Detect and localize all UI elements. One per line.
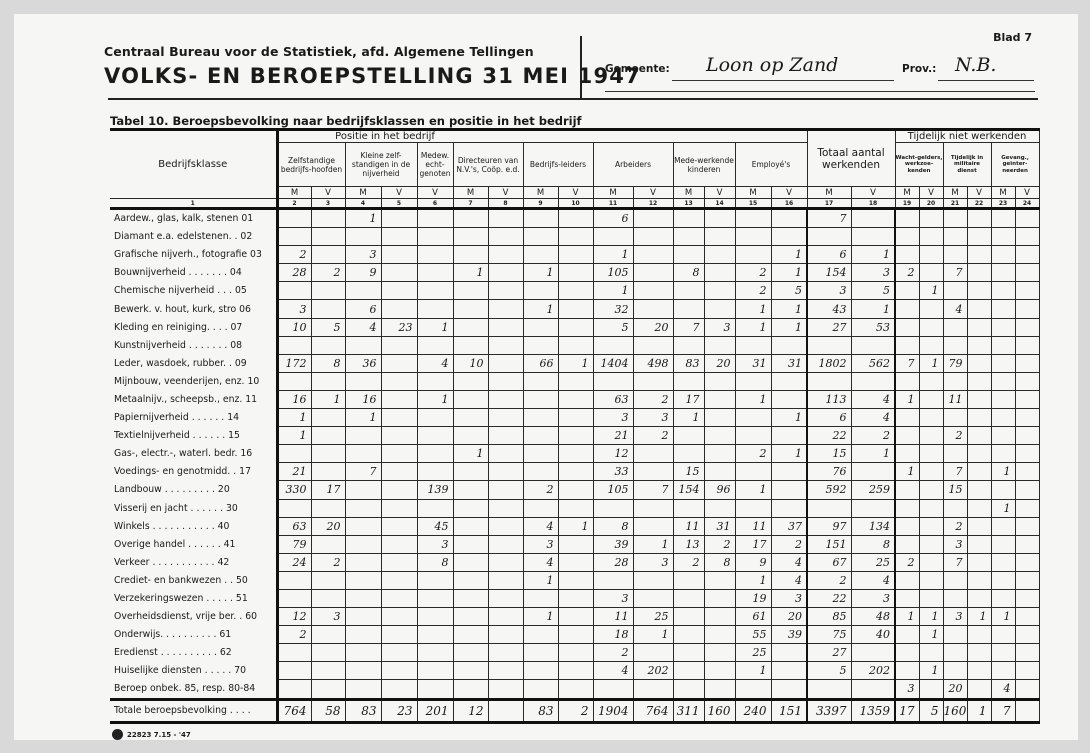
- table-cell: [311, 571, 345, 589]
- table-cell: [488, 644, 523, 662]
- table-cell: [991, 445, 1015, 463]
- table-cell: [919, 409, 943, 427]
- table-cell: [673, 300, 704, 318]
- table-cell: [311, 463, 345, 481]
- table-cell: 33: [593, 463, 633, 481]
- table-cell: [919, 517, 943, 535]
- table-cell: [311, 209, 345, 228]
- table-cell: [851, 499, 895, 517]
- industry-class-label: Overheidsdienst, vrije ber. . 60: [110, 608, 277, 626]
- table-cell: 5: [593, 318, 633, 336]
- table-cell: [967, 264, 991, 282]
- total-cell: [488, 699, 523, 722]
- table-cell: 15: [673, 463, 704, 481]
- table-cell: 4: [593, 662, 633, 680]
- total-cell: 2: [558, 699, 593, 722]
- table-cell: [453, 228, 488, 246]
- table-cell: [417, 427, 453, 445]
- table-cell: 67: [807, 553, 851, 571]
- table-cell: [417, 445, 453, 463]
- table-cell: [633, 372, 673, 390]
- table-cell: 2: [311, 264, 345, 282]
- table-cell: [704, 409, 735, 427]
- table-cell: 1: [919, 282, 943, 300]
- table-cell: [895, 662, 919, 680]
- table-cell: [453, 571, 488, 589]
- table-cell: 3: [417, 535, 453, 553]
- industry-class-label: Verkeer . . . . . . . . . . . 42: [110, 553, 277, 571]
- table-cell: 55: [735, 626, 771, 644]
- table-cell: [381, 354, 417, 372]
- table-cell: 2: [593, 644, 633, 662]
- table-cell: 1: [311, 390, 345, 408]
- table-cell: [523, 499, 558, 517]
- table-cell: 3: [633, 409, 673, 427]
- table-cell: [771, 662, 807, 680]
- table-cell: [633, 282, 673, 300]
- table-cell: [417, 463, 453, 481]
- table-cell: [1015, 209, 1039, 228]
- table-cell: [311, 409, 345, 427]
- table-cell: 27: [807, 318, 851, 336]
- table-cell: [311, 535, 345, 553]
- table-cell: [523, 662, 558, 680]
- position-group-header: Positie in het bedrijf: [277, 130, 807, 143]
- table-cell: [919, 300, 943, 318]
- table-cell: 61: [735, 608, 771, 626]
- table-cell: [991, 481, 1015, 499]
- table-cell: 7: [943, 264, 967, 282]
- table-cell: [593, 499, 633, 517]
- table-cell: [488, 228, 523, 246]
- table-cell: [1015, 644, 1039, 662]
- table-row: Textielnijverheid . . . . . . 1512122222: [110, 427, 1039, 445]
- table-row: Overige handel . . . . . . 4179333911321…: [110, 535, 1039, 553]
- group-header-zelfstandige: Zelfstandige bedrijfs-hoofden: [277, 143, 345, 187]
- total-row-label: Totale beroepsbevolking . . . .: [110, 699, 277, 722]
- table-cell: 1: [895, 608, 919, 626]
- table-cell: 40: [851, 626, 895, 644]
- table-cell: [558, 336, 593, 354]
- sex-header: V: [704, 187, 735, 199]
- table-cell: [453, 427, 488, 445]
- table-cell: [851, 209, 895, 228]
- table-cell: 1: [851, 445, 895, 463]
- table-cell: 1: [417, 390, 453, 408]
- table-cell: [704, 499, 735, 517]
- table-cell: [1015, 354, 1039, 372]
- total-cell: 240: [735, 699, 771, 722]
- sex-header: V: [417, 187, 453, 199]
- table-cell: 6: [807, 409, 851, 427]
- table-cell: 1: [633, 535, 673, 553]
- table-cell: [967, 209, 991, 228]
- table-cell: [919, 427, 943, 445]
- table-cell: 63: [277, 517, 311, 535]
- table-cell: [735, 246, 771, 264]
- column-number: 6: [417, 199, 453, 209]
- table-cell: [991, 372, 1015, 390]
- table-cell: [381, 427, 417, 445]
- table-cell: [417, 246, 453, 264]
- table-cell: [381, 553, 417, 571]
- sex-header: V: [558, 187, 593, 199]
- table-cell: [523, 209, 558, 228]
- table-cell: [943, 644, 967, 662]
- table-cell: [417, 300, 453, 318]
- table-cell: [771, 680, 807, 699]
- table-cell: [453, 589, 488, 607]
- table-cell: [488, 246, 523, 264]
- table-cell: [1015, 282, 1039, 300]
- table-cell: [704, 246, 735, 264]
- table-row: Winkels . . . . . . . . . . . 4063204541…: [110, 517, 1039, 535]
- table-cell: [735, 427, 771, 445]
- sex-header: V: [1015, 187, 1039, 199]
- table-cell: 3: [851, 264, 895, 282]
- group-header-medewerkende-kinderen: Mede-werkende kinderen: [673, 143, 735, 187]
- table-cell: [488, 427, 523, 445]
- table-cell: 7: [807, 209, 851, 228]
- table-cell: [633, 228, 673, 246]
- table-cell: [991, 282, 1015, 300]
- table-row: Bouwnijverheid . . . . . . . 04282911105…: [110, 264, 1039, 282]
- table-cell: [633, 445, 673, 463]
- table-cell: [967, 282, 991, 300]
- sex-header: V: [919, 187, 943, 199]
- table-cell: 1: [735, 481, 771, 499]
- table-cell: 25: [735, 644, 771, 662]
- table-cell: [488, 445, 523, 463]
- table-cell: [381, 264, 417, 282]
- table-cell: 48: [851, 608, 895, 626]
- table-cell: [488, 626, 523, 644]
- table-cell: [345, 517, 381, 535]
- table-cell: [311, 282, 345, 300]
- table-cell: [277, 228, 311, 246]
- column-number: 3: [311, 199, 345, 209]
- table-cell: [633, 246, 673, 264]
- industry-class-label: Crediet- en bankwezen . . 50: [110, 571, 277, 589]
- table-cell: [277, 336, 311, 354]
- column-number: 11: [593, 199, 633, 209]
- municipality-line: [672, 80, 894, 81]
- table-cell: [558, 264, 593, 282]
- table-cell: [381, 589, 417, 607]
- total-cell: 3397: [807, 699, 851, 722]
- table-cell: [919, 571, 943, 589]
- total-cell: [1015, 699, 1039, 722]
- table-cell: [1015, 228, 1039, 246]
- table-cell: [381, 571, 417, 589]
- table-cell: [345, 553, 381, 571]
- table-cell: [991, 589, 1015, 607]
- table-cell: [277, 282, 311, 300]
- table-cell: [851, 228, 895, 246]
- table-cell: [967, 463, 991, 481]
- table-cell: [345, 626, 381, 644]
- table-cell: [967, 427, 991, 445]
- table-cell: 1: [771, 264, 807, 282]
- table-cell: [704, 644, 735, 662]
- table-cell: [523, 589, 558, 607]
- table-cell: [558, 535, 593, 553]
- table-cell: [673, 589, 704, 607]
- table-cell: [417, 409, 453, 427]
- table-cell: [277, 445, 311, 463]
- table-row: Chemische nijverheid . . . 05125351: [110, 282, 1039, 300]
- table-cell: 3: [277, 300, 311, 318]
- table-cell: [417, 282, 453, 300]
- table-cell: [943, 571, 967, 589]
- table-cell: [1015, 662, 1039, 680]
- table-row: Onderwijs. . . . . . . . . . 61218155397…: [110, 626, 1039, 644]
- sex-header: M: [345, 187, 381, 199]
- table-cell: [704, 608, 735, 626]
- header-blank-line: [605, 91, 1035, 92]
- table-cell: 1: [991, 463, 1015, 481]
- table-cell: 53: [851, 318, 895, 336]
- table-cell: [345, 499, 381, 517]
- table-cell: 16: [277, 390, 311, 408]
- table-cell: 1: [919, 626, 943, 644]
- table-cell: 3: [593, 589, 633, 607]
- table-cell: [417, 209, 453, 228]
- table-cell: [381, 644, 417, 662]
- table-cell: [807, 499, 851, 517]
- table-cell: [345, 680, 381, 699]
- sex-header: M: [735, 187, 771, 199]
- table-cell: [943, 209, 967, 228]
- table-cell: [558, 644, 593, 662]
- table-cell: [1015, 608, 1039, 626]
- table-cell: 96: [704, 481, 735, 499]
- table-cell: [523, 680, 558, 699]
- total-cell: 1904: [593, 699, 633, 722]
- total-cell: 201: [417, 699, 453, 722]
- industry-class-label: Textielnijverheid . . . . . . 15: [110, 427, 277, 445]
- table-cell: [895, 445, 919, 463]
- group-header-medew-echtgenoten: Medew. echt-genoten: [417, 143, 453, 187]
- table-cell: [558, 409, 593, 427]
- table-cell: [991, 535, 1015, 553]
- table-cell: [558, 300, 593, 318]
- table-cell: 4: [345, 318, 381, 336]
- table-cell: 6: [345, 300, 381, 318]
- table-cell: 3: [704, 318, 735, 336]
- industry-class-label: Diamant e.a. edelstenen. . 02: [110, 228, 277, 246]
- table-cell: 8: [311, 354, 345, 372]
- table-cell: 4: [417, 354, 453, 372]
- table-cell: 3: [523, 535, 558, 553]
- table-cell: 3: [593, 409, 633, 427]
- table-cell: 24: [277, 553, 311, 571]
- table-cell: [311, 246, 345, 264]
- total-cell: 1: [967, 699, 991, 722]
- table-cell: [943, 626, 967, 644]
- table-cell: [704, 589, 735, 607]
- table-cell: 43: [807, 300, 851, 318]
- table-cell: [381, 445, 417, 463]
- table-cell: 11: [673, 517, 704, 535]
- table-cell: [453, 372, 488, 390]
- table-cell: [943, 228, 967, 246]
- total-cell: 17: [895, 699, 919, 722]
- table-cell: [381, 246, 417, 264]
- municipality-label: Gemeente:: [605, 63, 670, 75]
- table-cell: [558, 499, 593, 517]
- table-cell: 20: [311, 517, 345, 535]
- table-cell: 28: [277, 264, 311, 282]
- table-cell: 11: [735, 517, 771, 535]
- table-cell: [488, 409, 523, 427]
- table-cell: [943, 499, 967, 517]
- table-cell: [1015, 264, 1039, 282]
- table-cell: [558, 372, 593, 390]
- table-cell: [633, 644, 673, 662]
- table-cell: 4: [771, 553, 807, 571]
- table-cell: [919, 209, 943, 228]
- table-cell: 97: [807, 517, 851, 535]
- table-cell: [381, 282, 417, 300]
- table-cell: [277, 499, 311, 517]
- table-cell: [345, 282, 381, 300]
- table-cell: 7: [943, 463, 967, 481]
- industry-class-label: Winkels . . . . . . . . . . . 40: [110, 517, 277, 535]
- table-cell: 17: [311, 481, 345, 499]
- column-number: 8: [488, 199, 523, 209]
- table-cell: [1015, 445, 1039, 463]
- table-cell: [967, 662, 991, 680]
- column-number: 12: [633, 199, 673, 209]
- table-cell: 2: [735, 264, 771, 282]
- industry-class-label: Chemische nijverheid . . . 05: [110, 282, 277, 300]
- table-cell: [558, 626, 593, 644]
- table-cell: 27: [807, 644, 851, 662]
- sex-header: M: [943, 187, 967, 199]
- table-cell: [943, 318, 967, 336]
- table-cell: 7: [633, 481, 673, 499]
- table-cell: [633, 463, 673, 481]
- table-cell: [704, 680, 735, 699]
- table-cell: 2: [277, 246, 311, 264]
- table-cell: [735, 228, 771, 246]
- table-cell: [558, 246, 593, 264]
- table-cell: [895, 318, 919, 336]
- table-cell: [919, 372, 943, 390]
- table-cell: [1015, 427, 1039, 445]
- table-cell: 1: [771, 246, 807, 264]
- table-row: Mijnbouw, veenderijen, enz. 10: [110, 372, 1039, 390]
- table-cell: [673, 571, 704, 589]
- table-cell: 75: [807, 626, 851, 644]
- table-cell: [704, 427, 735, 445]
- table-cell: [488, 336, 523, 354]
- table-row: Beroep onbek. 85, resp. 80-843204: [110, 680, 1039, 699]
- table-cell: 1: [851, 300, 895, 318]
- table-row: Bewerk. v. hout, kurk, stro 063613211431…: [110, 300, 1039, 318]
- table-cell: 1: [558, 517, 593, 535]
- table-cell: 1: [919, 608, 943, 626]
- table-cell: [453, 535, 488, 553]
- industry-class-label: Verzekeringswezen . . . . . 51: [110, 589, 277, 607]
- table-cell: 1: [771, 300, 807, 318]
- table-cell: [558, 553, 593, 571]
- total-row: Totale beroepsbevolking . . . . 76458832…: [110, 699, 1039, 722]
- table-cell: [417, 589, 453, 607]
- table-cell: [633, 209, 673, 228]
- table-cell: [558, 589, 593, 607]
- table-cell: [1015, 463, 1039, 481]
- table-cell: 12: [593, 445, 633, 463]
- table-cell: [453, 553, 488, 571]
- table-cell: [345, 571, 381, 589]
- table-cell: [735, 680, 771, 699]
- table-row: Metaalnijv., scheepsb., enz. 11161161632…: [110, 390, 1039, 408]
- table-cell: 19: [735, 589, 771, 607]
- table-cell: [345, 608, 381, 626]
- table-cell: 9: [345, 264, 381, 282]
- table-cell: [453, 246, 488, 264]
- table-cell: 2: [851, 427, 895, 445]
- table-cell: [1015, 517, 1039, 535]
- industry-class-label: Aardew., glas, kalk, stenen 01: [110, 209, 277, 228]
- table-cell: [967, 644, 991, 662]
- table-cell: 2: [807, 571, 851, 589]
- table-cell: [381, 608, 417, 626]
- table-cell: [673, 427, 704, 445]
- table-cell: [943, 336, 967, 354]
- table-cell: [919, 390, 943, 408]
- column-number: 16: [771, 199, 807, 209]
- table-cell: [991, 246, 1015, 264]
- table-cell: [277, 589, 311, 607]
- table-cell: [943, 662, 967, 680]
- table-cell: [417, 228, 453, 246]
- table-cell: 113: [807, 390, 851, 408]
- table-cell: [488, 282, 523, 300]
- table-cell: [967, 228, 991, 246]
- group-header-militaire-dienst: Tijdelijk in militaire dienst: [943, 143, 991, 187]
- table-cell: [558, 680, 593, 699]
- table-cell: [673, 246, 704, 264]
- table-cell: [851, 372, 895, 390]
- table-cell: 172: [277, 354, 311, 372]
- table-cell: [895, 644, 919, 662]
- table-cell: [895, 336, 919, 354]
- table-cell: [919, 535, 943, 553]
- table-cell: 79: [277, 535, 311, 553]
- table-cell: [488, 517, 523, 535]
- table-cell: 1: [558, 354, 593, 372]
- table-cell: [523, 336, 558, 354]
- column-number: 19: [895, 199, 919, 209]
- table-cell: [417, 372, 453, 390]
- table-cell: 1: [277, 427, 311, 445]
- table-cell: [277, 209, 311, 228]
- table-cell: 1802: [807, 354, 851, 372]
- table-cell: [381, 499, 417, 517]
- table-cell: [488, 589, 523, 607]
- table-cell: [673, 209, 704, 228]
- industry-class-label: Kleding en reiniging. . . . 07: [110, 318, 277, 336]
- table-cell: [381, 662, 417, 680]
- table-cell: 32: [593, 300, 633, 318]
- table-row: Leder, wasdoek, rubber. . 09172836410661…: [110, 354, 1039, 372]
- table-cell: [311, 300, 345, 318]
- header-rule: [108, 98, 1038, 100]
- table-row: Overheidsdienst, vrije ber. . 6012311125…: [110, 608, 1039, 626]
